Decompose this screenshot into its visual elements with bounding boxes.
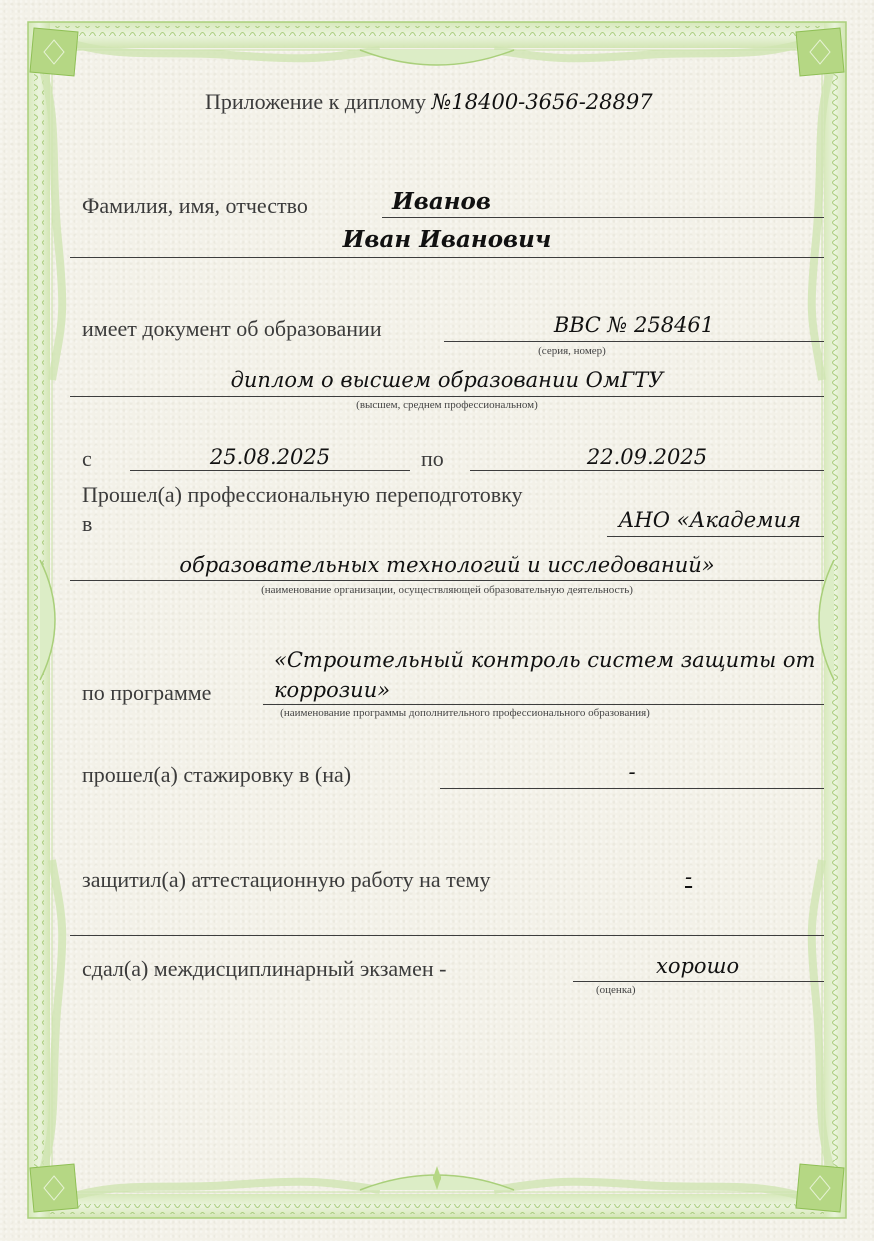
organization-hint: (наименование организации, осуществляюще… <box>70 584 824 596</box>
education-doc-label: имеет документ об образовании <box>82 316 382 342</box>
series-number-hint: (серия, номер) <box>444 345 700 357</box>
program-hint: (наименование программы дополнительного … <box>200 707 730 719</box>
organization-line1: АНО «Академия <box>619 508 802 532</box>
exam-grade-value: хорошо <box>656 954 739 978</box>
thesis-value: - <box>685 865 692 889</box>
period-to-label: по <box>421 446 444 472</box>
period-to-date: 22.09.2025 <box>470 445 824 469</box>
program-underline <box>263 704 824 705</box>
name-underline <box>70 257 824 258</box>
exam-grade-hint: (оценка) <box>596 984 636 996</box>
fio-label: Фамилия, имя, отчество <box>82 193 308 219</box>
series-number-value: ВВС № 258461 <box>444 313 824 337</box>
organization-line1-underline <box>607 536 824 537</box>
title-prefix: Приложение к диплому <box>205 89 432 114</box>
diploma-supplement-number: №18400-3656-28897 <box>432 90 653 114</box>
frame-ornament-icon <box>0 0 874 1241</box>
program-line1: «Строительный контроль систем защиты от <box>274 648 815 672</box>
retraining-in-label: в <box>82 511 92 537</box>
exam-underline <box>573 981 824 982</box>
decorative-frame <box>0 0 874 1241</box>
organization-line2: образовательных технологий и исследовани… <box>70 553 824 577</box>
series-number-underline <box>444 341 824 342</box>
period-from-underline <box>130 470 410 471</box>
surname-value: Иванов <box>392 188 491 215</box>
retraining-label: Прошел(а) профессиональную переподготовк… <box>82 482 523 508</box>
period-to-underline <box>470 470 824 471</box>
organization-underline <box>70 580 824 581</box>
education-type-underline <box>70 396 824 397</box>
education-type-value: диплом о высшем образовании ОмГТУ <box>70 368 824 392</box>
program-label: по программе <box>82 680 211 706</box>
internship-label: прошел(а) стажировку в (на) <box>82 762 351 788</box>
period-from-date: 25.08.2025 <box>130 445 410 469</box>
program-line2: коррозии» <box>274 678 390 702</box>
internship-underline <box>440 788 824 789</box>
period-from-label: с <box>82 446 92 472</box>
education-type-hint: (высшем, среднем профессиональном) <box>70 399 824 411</box>
exam-label: сдал(а) междисциплинарный экзамен - <box>82 956 446 982</box>
surname-underline <box>382 217 824 218</box>
thesis-underline <box>70 935 824 936</box>
thesis-label: защитил(а) аттестационную работу на тему <box>82 867 490 893</box>
document-title: Приложение к диплому №18400-3656-28897 <box>205 89 653 115</box>
internship-value: - <box>440 760 824 784</box>
name-patronymic-value: Иван Иванович <box>70 226 824 253</box>
